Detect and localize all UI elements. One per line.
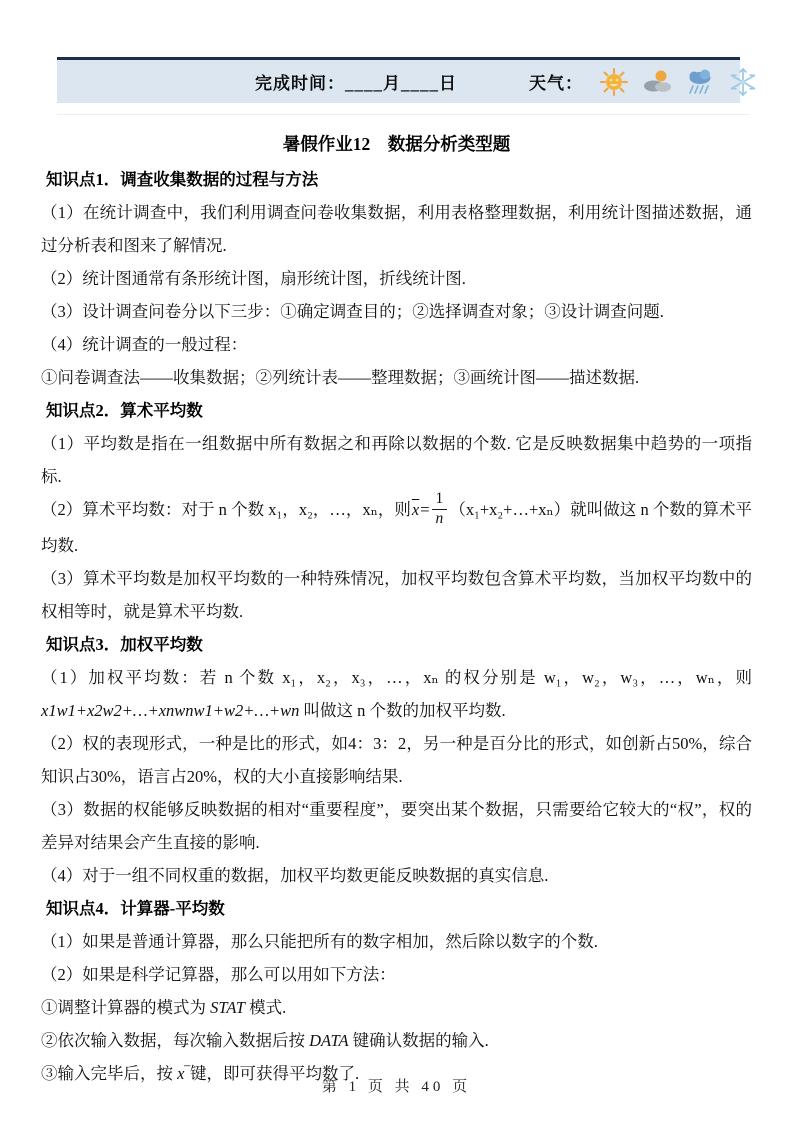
paragraph: （1）平均数是指在一组数据中所有数据之和再除以数据的个数. 它是反映数据集中趋势… <box>41 427 752 493</box>
formula-before-text: （2）算术平均数：对于 n 个数 x₁，x₂，…，xₙ，则 <box>41 500 411 519</box>
section-heading-2: 知识点2．算术平均数 <box>41 394 752 427</box>
page-number: 第 1 页 共 40 页 <box>0 1075 793 1096</box>
text-segment: 叫做这 n 个数的加权平均数. <box>299 701 505 720</box>
paragraph: （1）如果是普通计算器，那么只能把所有的数字相加，然后除以数字的个数. <box>41 925 752 958</box>
calculator-step-1: ①调整计算器的模式为 STAT 模式. <box>41 991 752 1024</box>
document-body: 知识点1．调查收集数据的过程与方法 （1）在统计调查中，我们利用调查问卷收集数据… <box>0 163 793 1090</box>
rain-cloud-icon <box>685 66 715 98</box>
completion-time-label: 完成时间：____月____日 <box>255 69 457 94</box>
text-segment: （1）加权平均数：若 n 个数 x₁，x₂，x₃，…，xₙ 的权分别是 w₁，w… <box>41 668 752 687</box>
paragraph: （2）权的表现形式，一种是比的形式，如4：3：2，另一种是百分比的形式，如创新占… <box>41 727 752 793</box>
paragraph: ①问卷调查法——收集数据；②列统计表——整理数据；③画统计图——描述数据. <box>41 361 752 394</box>
page-title: 暑假作业12 数据分析类型题 <box>0 131 793 157</box>
snowflake-icon <box>728 66 758 98</box>
x-bar-symbol: x <box>411 500 420 519</box>
weighted-mean-definition-paragraph: （1）加权平均数：若 n 个数 x₁，x₂，x₃，…，xₙ 的权分别是 w₁，w… <box>41 661 752 727</box>
header-bar: 完成时间：____月____日 天气： <box>57 57 740 103</box>
worksheet-page: 完成时间：____月____日 天气： <box>0 0 793 1122</box>
paragraph: （1）在统计调查中，我们利用调查问卷收集数据，利用表格整理数据，利用统计图描述数… <box>41 196 752 262</box>
arithmetic-mean-formula-paragraph: （2）算术平均数：对于 n 个数 x₁，x₂，…，xₙ，则x=1n（x₁+x₂+… <box>41 493 752 562</box>
sun-icon <box>599 66 629 98</box>
fraction-one-over-n: 1n <box>432 491 448 527</box>
paragraph: （3）算术平均数是加权平均数的一种特殊情况，加权平均数包含算术平均数，当加权平均… <box>41 562 752 628</box>
equals-sign: = <box>420 500 429 519</box>
text-segment: ①调整计算器的模式为 <box>41 998 210 1017</box>
paragraph: （4）对于一组不同权重的数据，加权平均数更能反映数据的真实信息. <box>41 859 752 892</box>
weather-icon-row <box>599 66 758 98</box>
paragraph: （4）统计调查的一般过程： <box>41 328 752 361</box>
text-segment: 键确认数据的输入. <box>349 1031 489 1050</box>
weighted-mean-expression: x1w1+x2w2+…+xnwnw1+w2+…+wn <box>41 701 299 720</box>
fraction-numerator: 1 <box>432 491 448 509</box>
paragraph: （3）设计调查问卷分以下三步：①确定调查目的；②选择调查对象；③设计调查问题. <box>41 295 752 328</box>
section-heading-3: 知识点3．加权平均数 <box>41 628 752 661</box>
paragraph: （2）如果是科学记算器，那么可以用如下方法： <box>41 958 752 991</box>
fraction-denominator: n <box>432 510 448 527</box>
section-heading-4: 知识点4．计算器-平均数 <box>41 892 752 925</box>
partly-cloudy-icon <box>642 66 672 98</box>
text-segment: 模式. <box>245 998 286 1017</box>
text-segment: ②依次输入数据，每次输入数据后按 <box>41 1031 309 1050</box>
data-key-term: DATA <box>309 1031 348 1050</box>
calculator-step-2: ②依次输入数据，每次输入数据后按 DATA 键确认数据的输入. <box>41 1024 752 1057</box>
weather-label: 天气： <box>529 69 583 94</box>
section-heading-1: 知识点1．调查收集数据的过程与方法 <box>41 163 752 196</box>
paragraph: （3）数据的权能够反映数据的相对“重要程度”，要突出某个数据，只需要给它较大的“… <box>41 793 752 859</box>
stat-mode-term: STAT <box>210 998 245 1017</box>
paragraph: （2）统计图通常有条形统计图，扇形统计图，折线统计图. <box>41 262 752 295</box>
